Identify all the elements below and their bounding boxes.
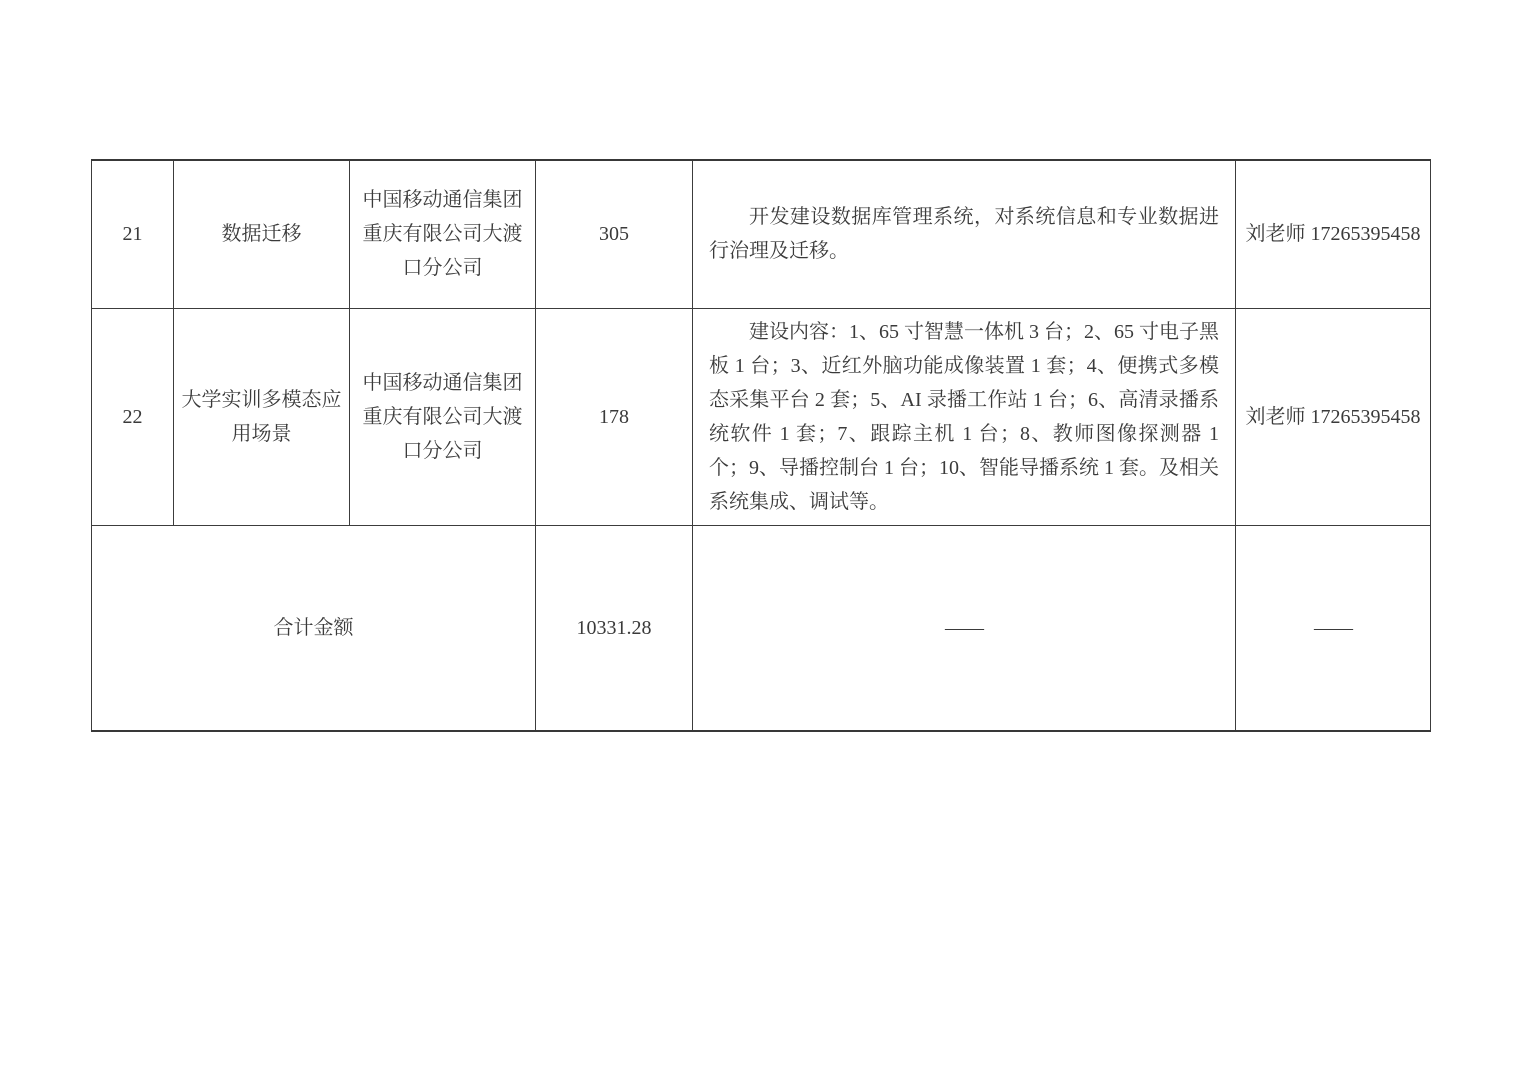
total-contact-cell: —— — [1236, 525, 1431, 731]
amount-cell: 178 — [536, 308, 693, 525]
project-name-cell: 数据迁移 — [174, 160, 350, 308]
contact-cell: 刘老师 17265395458 — [1236, 308, 1431, 525]
total-row: 合计金额 10331.28 —— —— — [92, 525, 1431, 731]
total-description-cell: —— — [693, 525, 1236, 731]
total-label-cell: 合计金额 — [92, 525, 536, 731]
project-name-cell: 大学实训多模态应用场景 — [174, 308, 350, 525]
procurement-table: 21 数据迁移 中国移动通信集团重庆有限公司大渡口分公司 305 开发建设数据库… — [91, 159, 1431, 732]
total-amount-cell: 10331.28 — [536, 525, 693, 731]
contact-cell: 刘老师 17265395458 — [1236, 160, 1431, 308]
purchaser-cell: 中国移动通信集团重庆有限公司大渡口分公司 — [350, 160, 536, 308]
table-row: 21 数据迁移 中国移动通信集团重庆有限公司大渡口分公司 305 开发建设数据库… — [92, 160, 1431, 308]
description-cell: 建设内容：1、65 寸智慧一体机 3 台；2、65 寸电子黑板 1 台；3、近红… — [693, 308, 1236, 525]
serial-number-cell: 21 — [92, 160, 174, 308]
serial-number-cell: 22 — [92, 308, 174, 525]
description-cell: 开发建设数据库管理系统，对系统信息和专业数据进行治理及迁移。 — [693, 160, 1236, 308]
amount-cell: 305 — [536, 160, 693, 308]
table-row: 22 大学实训多模态应用场景 中国移动通信集团重庆有限公司大渡口分公司 178 … — [92, 308, 1431, 525]
purchaser-cell: 中国移动通信集团重庆有限公司大渡口分公司 — [350, 308, 536, 525]
